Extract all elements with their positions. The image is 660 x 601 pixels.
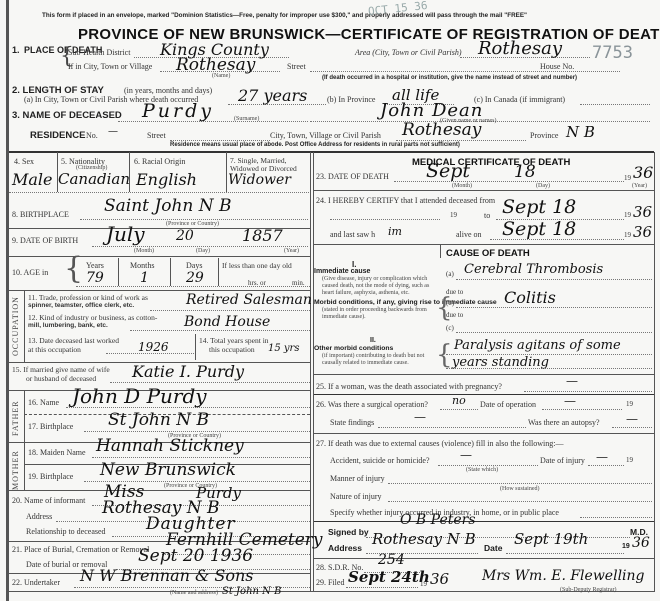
dotted-line [346,587,418,588]
alive-on-label: alive on [456,230,482,239]
column-divider [313,152,314,592]
external-causes-question: 27. If death was due to external causes … [316,439,563,448]
cell-divider [218,258,219,286]
to-year-prefix: 19 [624,211,631,219]
house-no-label: House No. [540,62,574,71]
sex-label: 4. Sex [14,157,34,166]
signer-address-label: Address [328,543,362,553]
undertaker-value[interactable]: N W Brennan & Sons [80,566,253,585]
signed-by-value[interactable]: O B Peters [400,512,476,528]
mother-birthplace-label: 19. Birthplace [28,472,73,481]
burial-place-label: 21. Place of Burial, Cremation or Remova… [12,545,149,554]
nationality-value[interactable]: Canadian [58,170,130,188]
registrar-name[interactable]: Mrs Wm. E. Flewelling [482,568,645,584]
residence-street-label: Street [147,131,166,140]
informant-address-label: Address [26,512,52,521]
industry-label: 12. Kind of industry or business, as cot… [28,314,157,330]
name-of-deceased-label: 3. NAME OF DECEASED [12,110,122,121]
month-hint: (Month) [134,248,154,254]
pregnancy-value[interactable]: — [566,374,578,388]
trade-value[interactable]: Retired Salesman [186,292,312,308]
operation-date-label: Date of operation [480,400,536,409]
dotted-line [130,330,310,331]
state-findings-value[interactable]: — [414,410,426,424]
last-worked-value[interactable]: 1926 [138,340,169,354]
residence-no-value[interactable]: — [108,126,118,137]
signed-date-label: Date [484,543,502,553]
attended-to-year[interactable]: 36 [633,203,652,221]
divider [314,558,654,559]
dotted-line [456,279,652,280]
hospital-note: (If death occurred in a hospital or inst… [322,75,577,81]
signed-date-value[interactable]: Sept 19th [514,530,588,548]
age-years-label: Years [86,261,104,270]
accident-label: Accident, suicide or homicide? [330,456,430,465]
age-months-value[interactable]: 1 [140,270,149,286]
cause-a-label: (a) [446,270,454,278]
stay-province-label: (b) In Province [327,95,375,104]
occupation-section-label: OCCUPATION [11,296,20,356]
filed-label: 29. Filed [316,578,344,587]
dotted-line [150,310,310,311]
dotted-line [388,483,652,484]
dotted-line [438,465,538,466]
signed-year-value[interactable]: 36 [632,535,650,551]
undertaker-label: 22. Undertaker [12,578,60,587]
cell-divider [24,442,25,490]
sex-value[interactable]: Male [12,170,53,189]
undertaker-hint: (Name and address) [170,590,218,596]
dotted-line [80,219,308,220]
divider [314,190,654,191]
brace-icon: { [64,254,83,284]
spouse-value[interactable]: Katie I. Purdy [132,362,244,381]
divider [314,521,654,522]
spouse-label: 15. If married give name of wifeor husba… [12,365,110,383]
residence-label: RESIDENCE [30,130,85,141]
birthplace-value[interactable]: Saint John N B [104,196,232,216]
date-of-death-label: 23. DATE OF DEATH [316,172,389,181]
other-condition-2[interactable]: years standing [452,355,549,370]
year-hint: (Year) [284,248,299,254]
alive-year-prefix: 19 [624,231,631,239]
residence-note: Residence means usual place of abode. Po… [170,142,460,148]
date-of-death-month[interactable]: Sept [426,160,470,182]
racial-origin-label: 6. Racial Origin [134,157,185,166]
dotted-line [588,465,624,466]
dotted-line [9,192,309,193]
dob-day[interactable]: 20 [176,228,194,244]
divider [314,433,654,434]
alive-on-date[interactable]: Sept 18 [502,218,576,240]
residence-city-value[interactable]: Rothesay [402,120,481,140]
other-conditions-num: II. [370,337,376,344]
sub-health-district-label: Sub-Health District [68,48,130,57]
city-town-label: If in City, Town or Village [68,62,152,71]
mother-birthplace-value[interactable]: New Brunswick [100,460,236,480]
other-conditions-label: Other morbid conditions [314,345,393,352]
dotted-line [378,427,526,428]
age-label: 10. AGE in [12,268,48,277]
surgical-operation-question: 26. Was there a surgical operation? [316,400,428,409]
age-less-day-label: If less than one day old [222,261,292,270]
divider [9,490,310,491]
accident-hint: (State which) [466,467,498,473]
death-certificate: This form if placed in an envelope, mark… [0,0,660,601]
street-label: Street [287,62,306,71]
dotted-line [92,457,310,458]
signed-year-prefix: 19 [622,543,630,550]
divider [9,256,310,257]
dotted-line [612,427,652,428]
dotted-line [580,104,650,105]
attended-to-date[interactable]: Sept 18 [502,196,576,218]
surgical-operation-value[interactable]: no [452,394,466,407]
age-months-label: Months [130,261,154,270]
residence-no-label: No. [86,131,98,140]
dod-day-hint: (Day) [536,183,550,189]
divider [314,394,654,395]
cell-divider [195,334,196,360]
accident-value[interactable]: — [460,448,472,462]
cell-divider [118,258,119,286]
mother-maiden-label: 18. Maiden Name [28,448,86,457]
father-name-value[interactable]: John D Purdy [72,384,207,408]
column-divider [310,152,311,592]
cause-c-label: (c) [446,324,454,332]
marital-status-value[interactable]: Widower [228,172,291,188]
age-days-value[interactable]: 29 [186,270,204,286]
other-condition-1[interactable]: Paralysis agitans of some [454,338,621,353]
sdr-value[interactable]: 254 [378,552,405,568]
registration-number: 7753 [592,43,633,63]
burial-date-value[interactable]: Sept 20 1936 [138,546,253,566]
op-year-prefix: 19 [626,400,633,408]
father-name-label: 16. Name [28,398,59,407]
morbid-conditions-desc: (stated in order proceeding backwards fr… [322,307,436,321]
manner-hint: (How sustained) [500,486,540,492]
length-of-stay-hint: (in years, months and days) [124,86,212,95]
cell-divider [440,244,441,258]
manner-of-injury-label: Manner of injury [330,474,385,483]
injury-date-value[interactable]: — [596,450,608,464]
divider [9,290,310,291]
cause-a-value[interactable]: Cerebral Thrombosis [464,262,603,277]
other-conditions-desc: (if important) contributing to death but… [322,353,436,367]
father-birthplace-label: 17. Birthplace [28,422,73,431]
father-section-label: FATHER [11,400,20,436]
dotted-line [92,246,308,247]
dotted-line [456,332,652,333]
brace-icon: { [436,342,453,368]
dotted-line [388,501,652,502]
immediate-cause-label: Immediate cause [314,268,370,275]
injury-date-label: Date of injury [540,456,585,465]
place-of-death-label: 1. [12,46,20,55]
filed-year-prefix: 19 [420,580,427,588]
last-saw-label: and last saw h [330,230,375,239]
dotted-line [84,431,310,432]
area-label: Area (City, Town or Civil Parish) [355,48,462,57]
mail-notice: This form if placed in an envelope, mark… [42,12,527,19]
father-birthplace-value[interactable]: St John N B [108,410,209,430]
signed-by-label: Signed by [328,527,369,537]
right-border [654,152,655,592]
informant-name-label: 20. Name of informant [12,496,85,505]
due-to-label-2: due to [446,311,463,319]
dod-month-hint: (Month) [452,183,472,189]
pregnancy-question: 25. If a woman, was the death associated… [316,382,502,391]
date-of-death-day[interactable]: 18 [514,162,536,182]
dotted-line [542,409,622,410]
total-years-label: 14. Total years spent inthis occupation [199,336,269,354]
industry-value[interactable]: Bond House [184,314,270,330]
divider [314,244,654,245]
stay-canada-label: (c) In Canada (if immigrant) [474,95,565,104]
dotted-line [524,391,652,392]
cause-b-label: (b) [446,299,454,307]
dotted-line [110,382,310,383]
injury-year-prefix: 19 [626,456,633,464]
date-of-birth-label: 9. DATE OF BIRTH [12,236,78,245]
dotted-line [330,219,440,220]
to-label: to [484,211,490,220]
alive-on-year[interactable]: 36 [633,223,652,241]
operation-date-value[interactable]: — [564,394,576,408]
residence-province-label: Province [530,131,558,140]
state-findings-label: State findings [330,418,374,427]
undertaker-address[interactable]: St John N B [222,586,281,597]
city-town-value[interactable]: Rothesay [176,55,255,75]
last-saw-value[interactable]: im [388,225,402,238]
birthplace-label: 8. BIRTHPLACE [12,210,69,219]
divider [314,374,654,375]
deceased-surname[interactable]: Purdy [142,100,214,122]
mother-section-label: MOTHER [11,450,20,490]
signer-address-value[interactable]: Rothesay N B [372,530,476,548]
cause-of-death-title: CAUSE OF DEATH [446,248,530,259]
filed-year-value[interactable]: 36 [430,570,449,588]
residence-province-value[interactable]: N B [566,123,595,141]
stay-city-value[interactable]: 27 years [238,86,307,105]
divider [9,151,654,153]
surname-hint: (Surname) [234,116,259,122]
registrar-hint: (Sub-Deputy Registrar) [560,587,617,593]
birthplace-hint: (Province or Country) [166,221,219,227]
dotted-line [506,553,624,554]
dotted-line [310,71,620,72]
trade-label: 11. Trade, profession or kind of work as… [28,294,148,310]
dotted-line [456,307,652,308]
racial-origin-value[interactable]: English [136,170,197,189]
filed-date-value[interactable]: Sept 24th [348,568,430,586]
from-year-prefix: 19 [450,211,457,219]
dotted-line [580,517,652,518]
mother-maiden-value[interactable]: Hannah Stickney [96,436,244,456]
immediate-cause-desc: (Give disease, injury or complication wh… [322,276,436,297]
cause-b-value[interactable]: Colitis [504,288,556,307]
dod-year-hint: (Year) [632,183,647,189]
cell-divider [226,152,227,192]
dotted-line [76,286,310,287]
relationship-label: Relationship to deceased [26,527,106,536]
dotted-line [396,140,526,141]
area-value[interactable]: Rothesay [478,38,562,59]
last-worked-label: 13. Date deceased last workedat this occ… [28,336,119,354]
residence-city-label: City, Town, Village or Civil Parish [270,131,381,140]
marital-status-label: 7. Single, Married, Widowed or Divorced [230,157,310,173]
dotted-line [440,409,478,410]
nature-of-injury-label: Nature of injury [330,492,382,501]
autopsy-value[interactable]: — [626,412,638,426]
dob-month[interactable]: July [106,222,145,246]
left-border [6,0,9,601]
bottom-border [9,591,654,592]
dod-year-prefix: 19 [624,174,631,182]
cell-divider [24,290,25,362]
dob-year[interactable]: 1857 [242,226,283,245]
dotted-line [170,140,270,141]
age-years-value[interactable]: 79 [86,270,104,286]
date-of-death-year[interactable]: 36 [633,163,653,182]
cell-divider [24,390,25,442]
morbid-conditions-label: Morbid conditions, if any, giving rise t… [314,299,497,306]
total-years-value[interactable]: 15 yrs [268,343,299,354]
autopsy-label: Was there an autopsy? [528,418,600,427]
cell-divider [170,258,171,286]
name-hint: (Name) [212,73,230,79]
day-hint: (Day) [196,248,210,254]
certify-label: 24. I HEREBY CERTIFY that I attended dec… [316,196,495,205]
age-days-label: Days [186,261,202,270]
place-of-death-heading: PLACE OF DEATH [24,46,60,55]
